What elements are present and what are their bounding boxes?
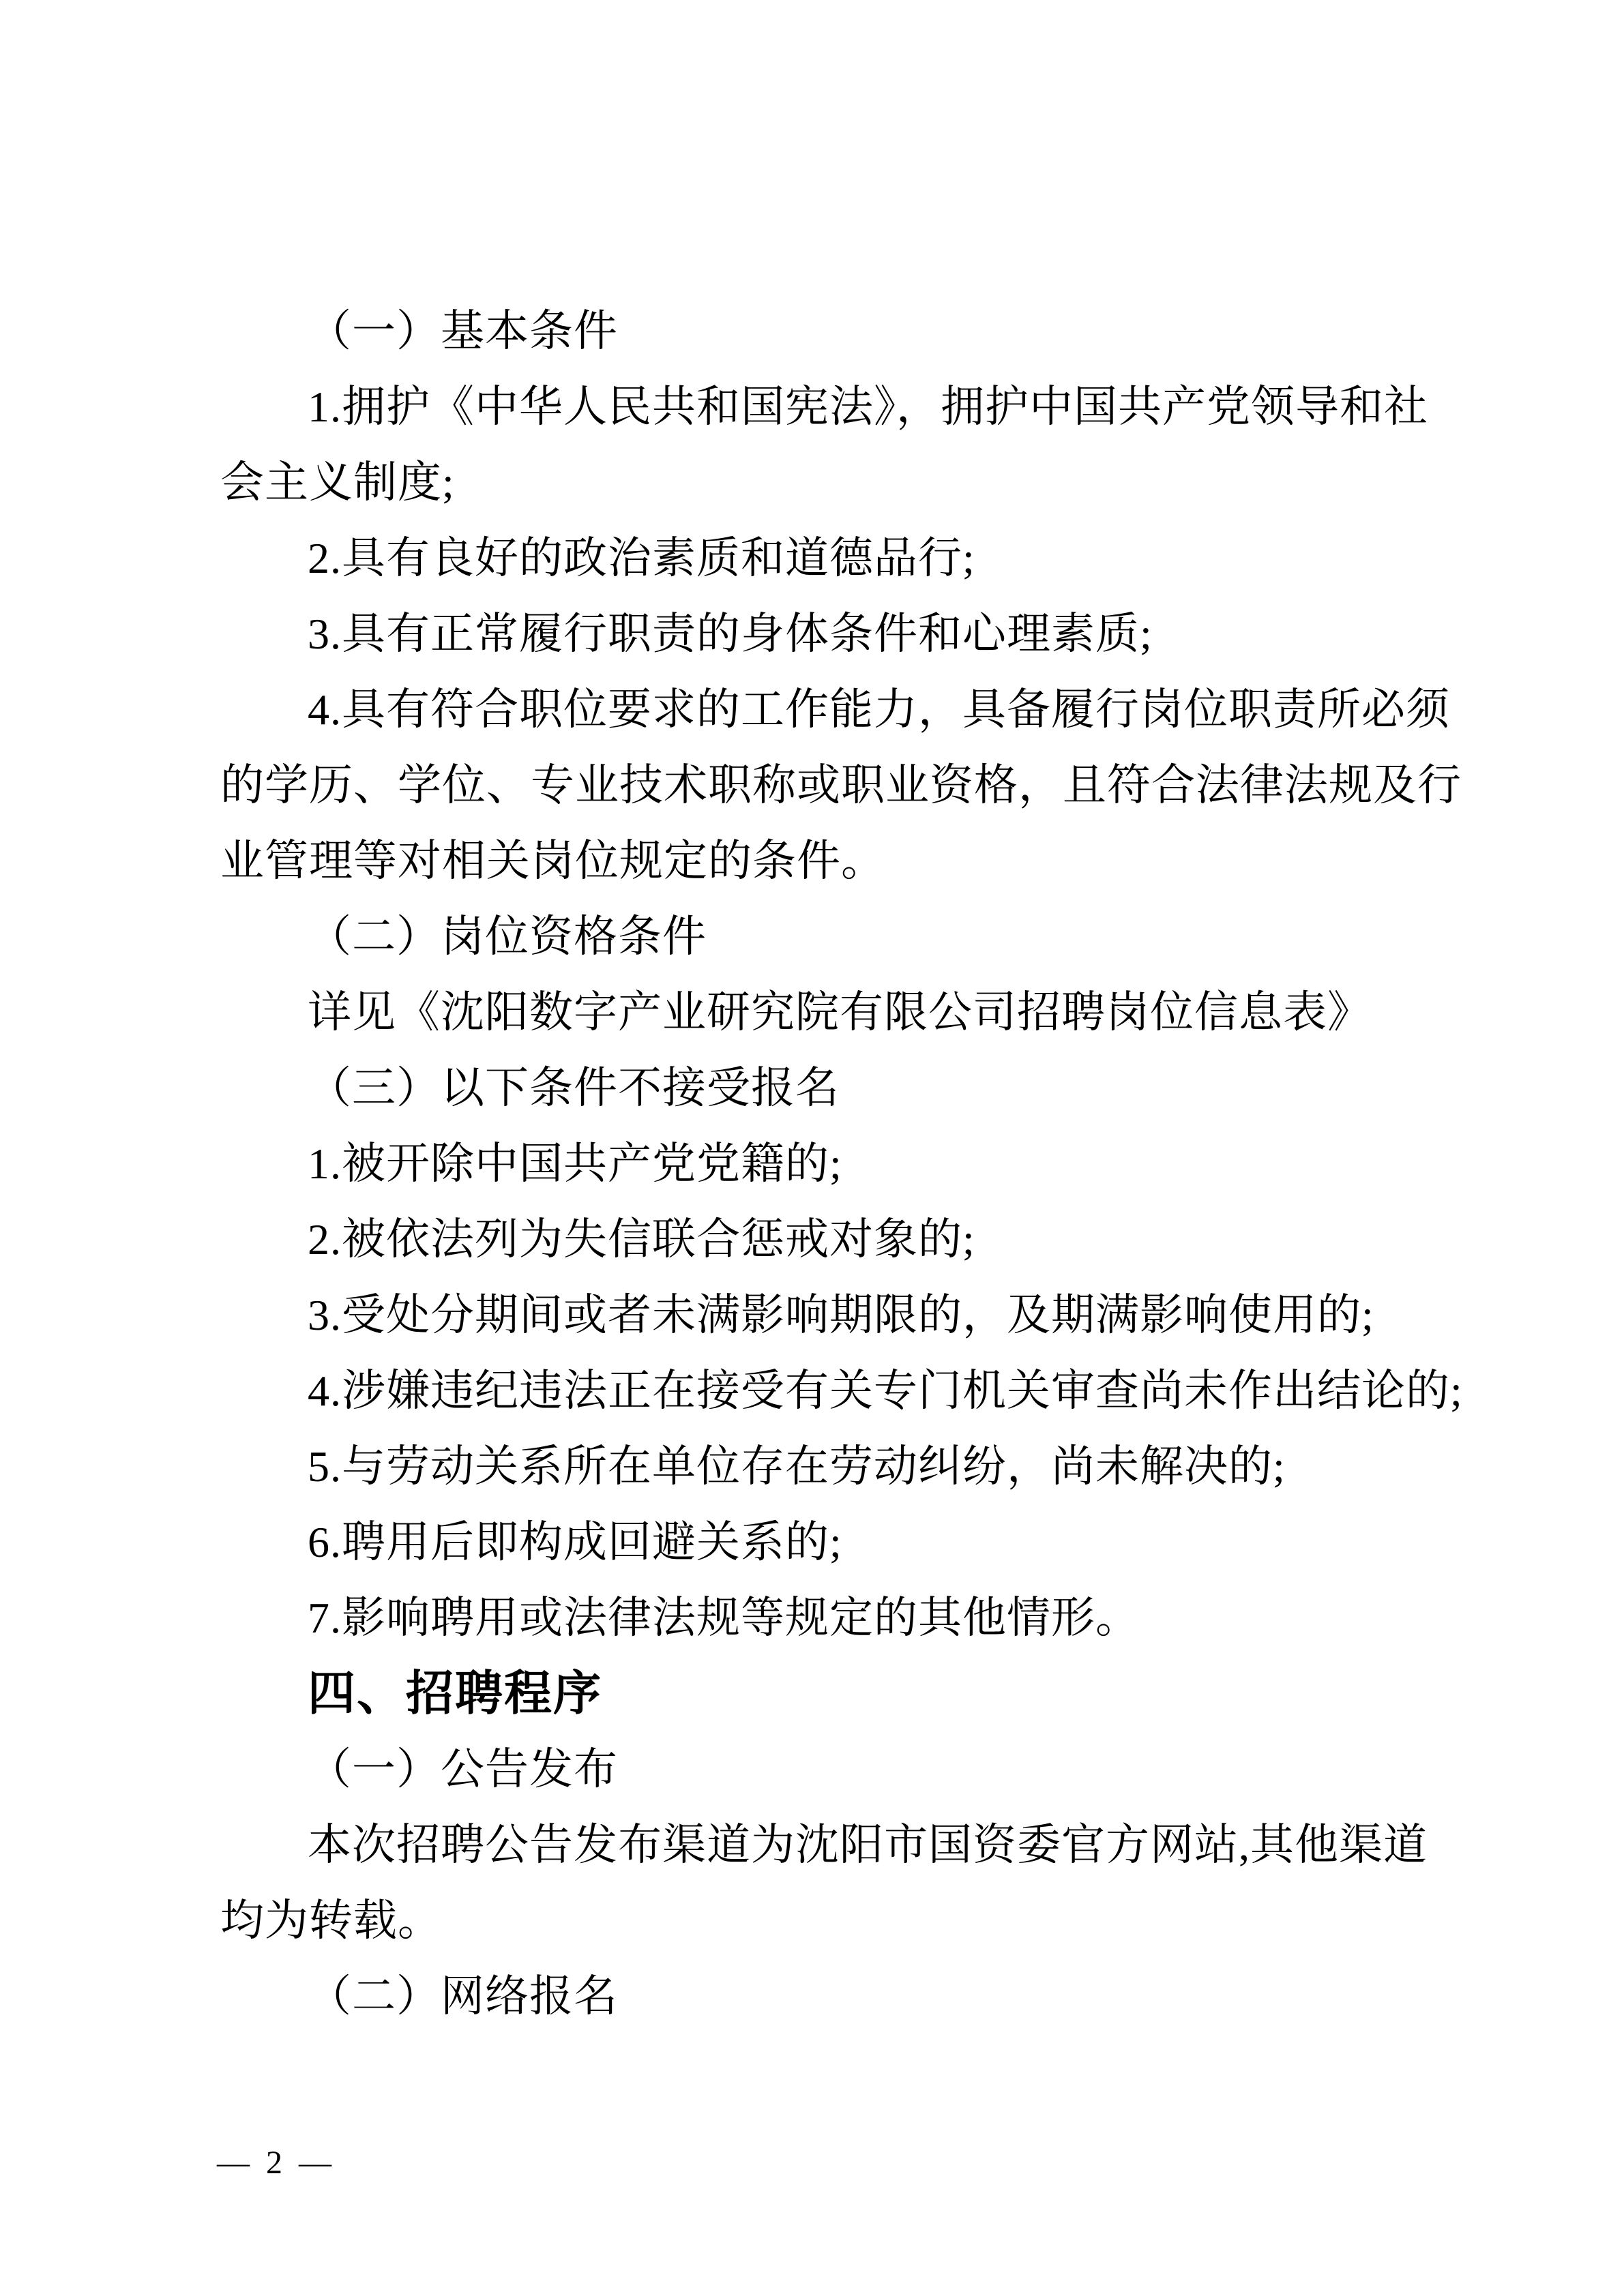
text-line: 会主义制度; bbox=[220, 445, 1405, 520]
text-line: 1.拥护《中华人民共和国宪法》，拥护中国共产党领导和社 bbox=[220, 369, 1405, 445]
text-line: 均为转载。 bbox=[220, 1883, 1405, 1958]
text-line: 本次招聘公告发布渠道为沈阳市国资委官方网站,其他渠道 bbox=[220, 1807, 1405, 1883]
text-line: （一）公告发布 bbox=[220, 1731, 1405, 1807]
document-body: （一）基本条件1.拥护《中华人民共和国宪法》，拥护中国共产党领导和社会主义制度;… bbox=[220, 293, 1405, 2034]
section-heading-line: 四、招聘程序 bbox=[220, 1656, 1405, 1731]
page-number: — 2 — bbox=[217, 2143, 336, 2183]
text-line: 7.影响聘用或法律法规等规定的其他情形。 bbox=[220, 1580, 1405, 1656]
text-line: 1.被开除中国共产党党籍的; bbox=[220, 1126, 1405, 1202]
text-line: 的学历、学位、专业技术职称或职业资格，且符合法律法规及行 bbox=[220, 747, 1405, 823]
text-line: 3.具有正常履行职责的身体条件和心理素质; bbox=[220, 596, 1405, 672]
text-line: （一）基本条件 bbox=[220, 293, 1405, 369]
text-line: （三）以下条件不接受报名 bbox=[220, 1050, 1405, 1126]
text-line: 2.被依法列为失信联合惩戒对象的; bbox=[220, 1202, 1405, 1277]
text-line: 业管理等对相关岗位规定的条件。 bbox=[220, 823, 1405, 899]
text-line: 详见《沈阳数字产业研究院有限公司招聘岗位信息表》 bbox=[220, 974, 1405, 1050]
text-line: 2.具有良好的政治素质和道德品行; bbox=[220, 520, 1405, 596]
text-line: 5.与劳动关系所在单位存在劳动纠纷，尚未解决的; bbox=[220, 1429, 1405, 1504]
text-line: 6.聘用后即构成回避关系的; bbox=[220, 1504, 1405, 1580]
text-line: 4.涉嫌违纪违法正在接受有关专门机关审查尚未作出结论的; bbox=[220, 1353, 1405, 1429]
text-line: 4.具有符合职位要求的工作能力，具备履行岗位职责所必须 bbox=[220, 672, 1405, 747]
document-page: （一）基本条件1.拥护《中华人民共和国宪法》，拥护中国共产党领导和社会主义制度;… bbox=[0, 0, 1624, 2296]
text-line: （二）岗位资格条件 bbox=[220, 899, 1405, 974]
text-line: 3.受处分期间或者未满影响期限的，及期满影响使用的; bbox=[220, 1277, 1405, 1353]
text-line: （二）网络报名 bbox=[220, 1958, 1405, 2034]
